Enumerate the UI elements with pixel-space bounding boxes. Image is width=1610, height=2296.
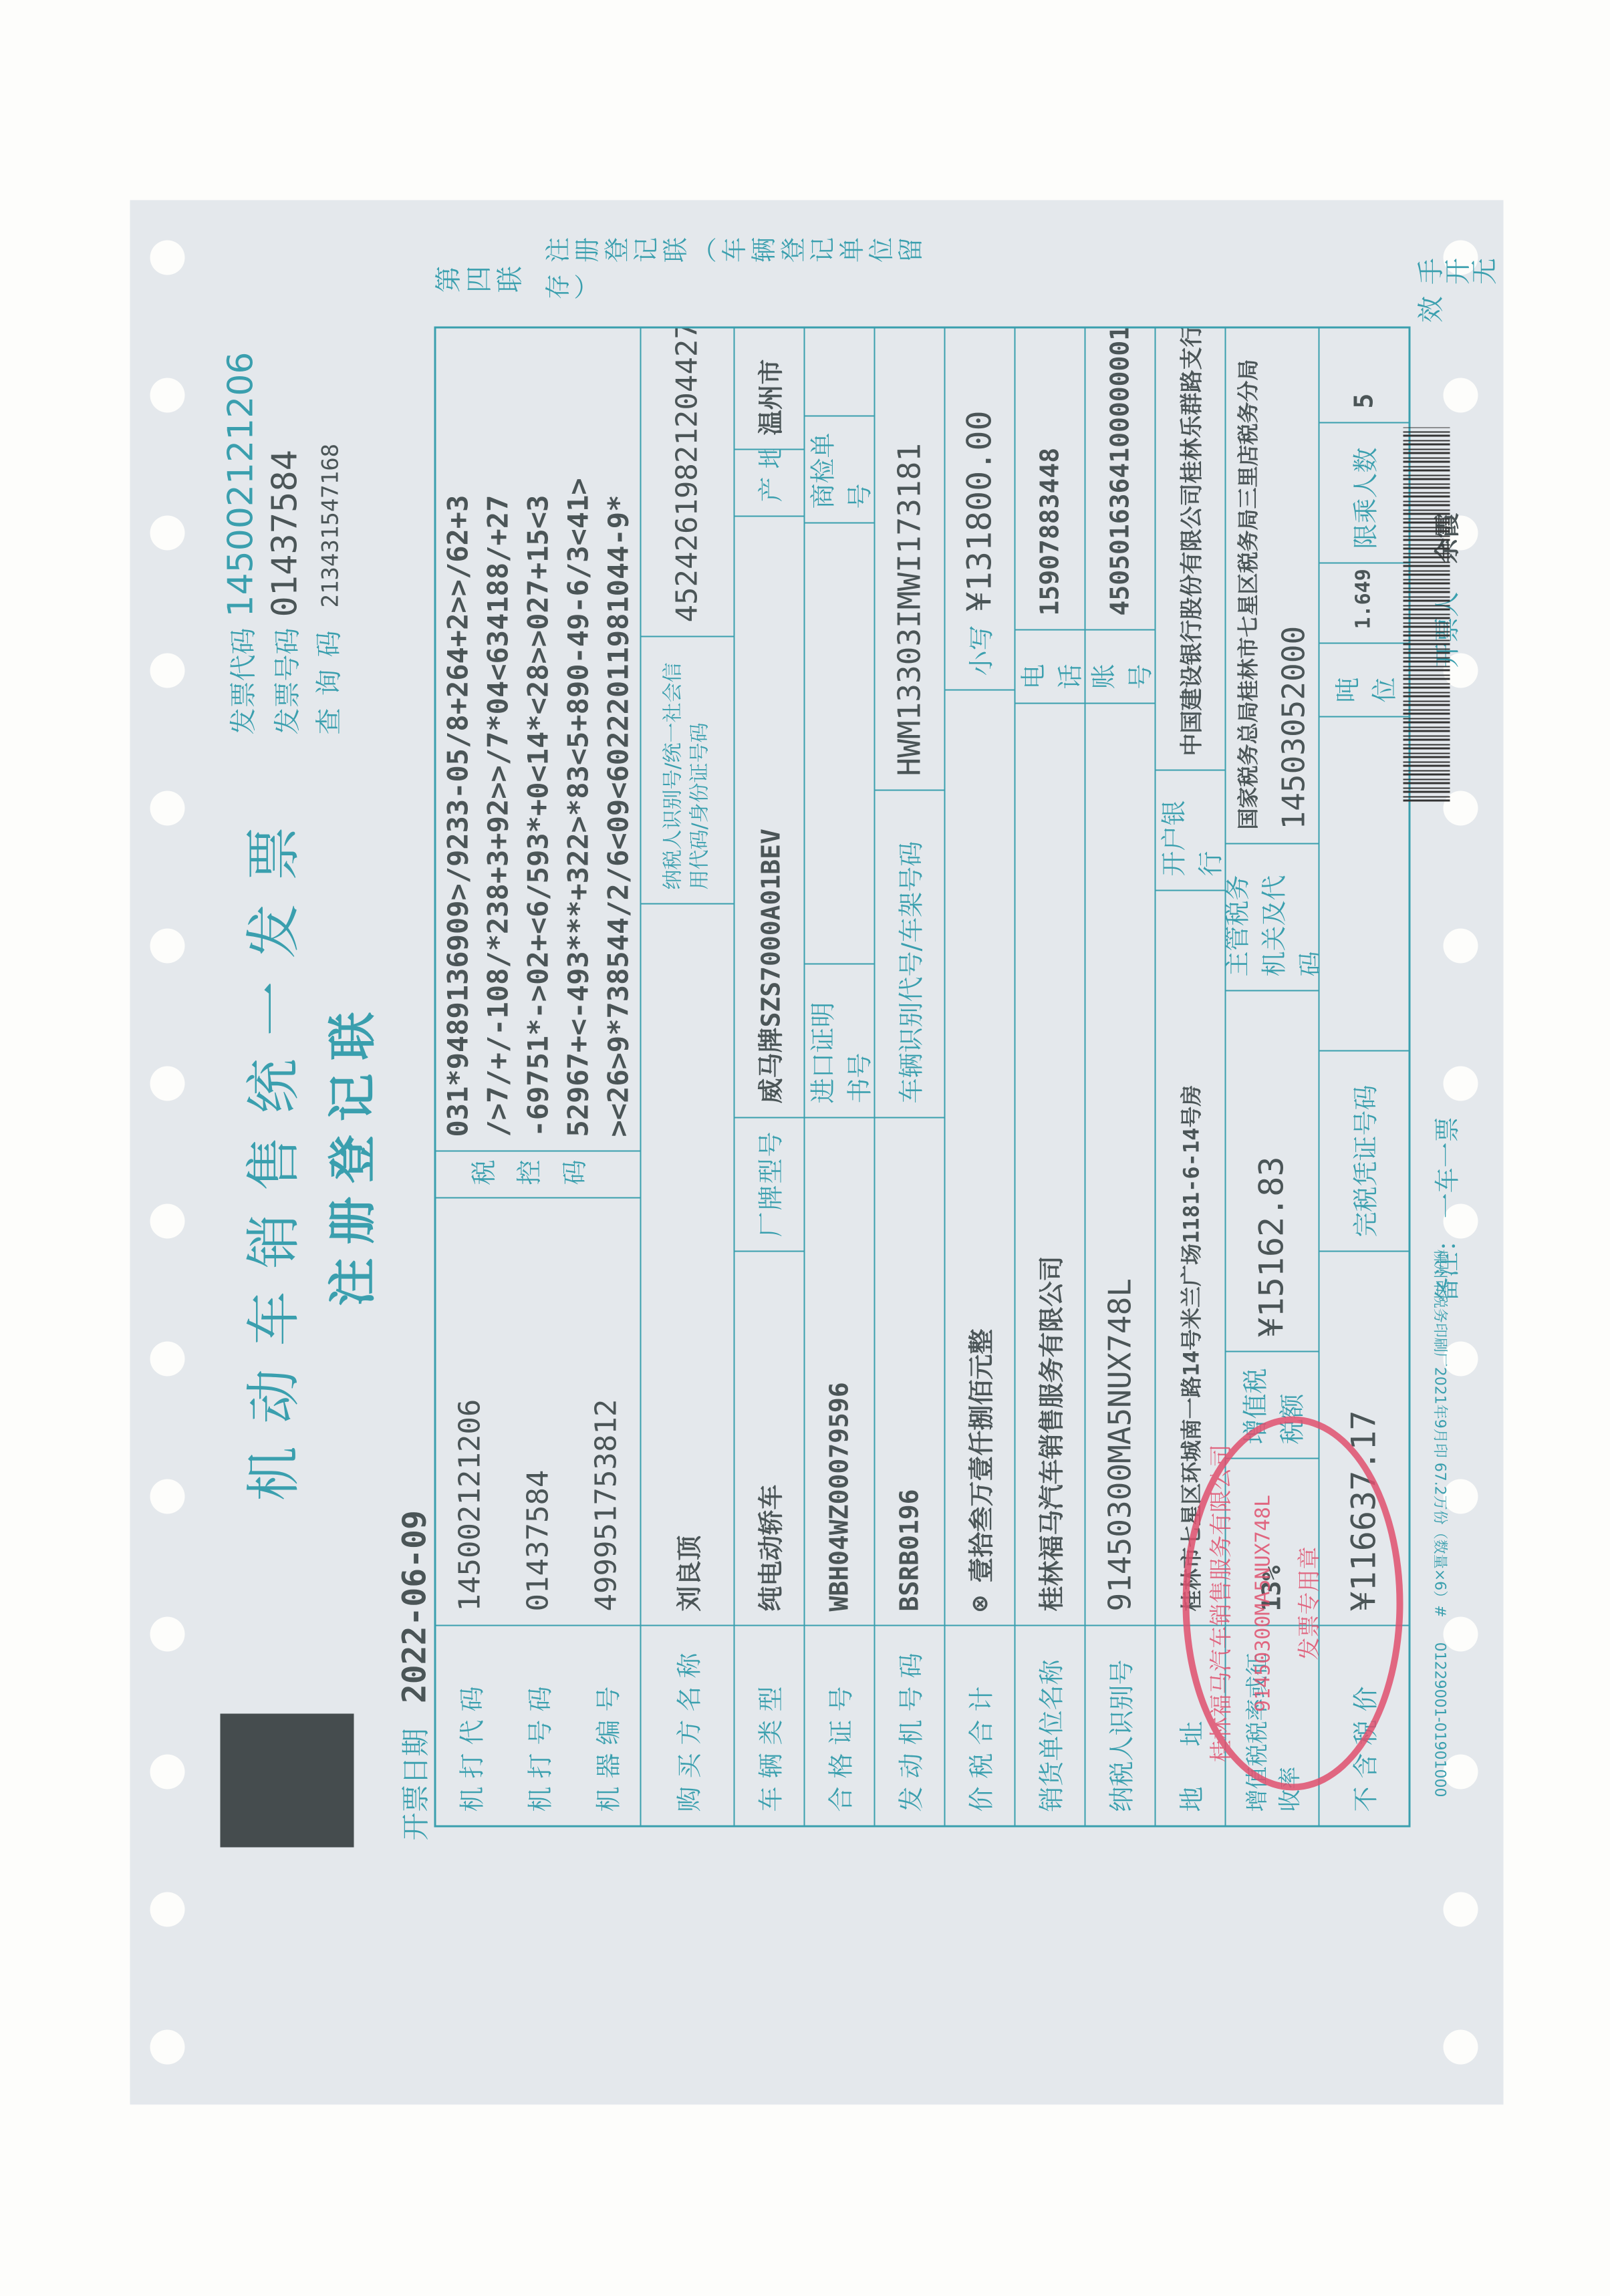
brand-model-cell: 威马牌SZS7000A01BEV (734, 516, 804, 1117)
price-upper-cell: ⊗壹拾叁万壹仟捌佰元整 (944, 690, 1015, 1625)
printer-text: 柳州市税务印刷厂2021年9月印 67.2万份（数量×6）# (1432, 1250, 1448, 1618)
vehicle-type-cell: 纯电动轿车 (734, 1251, 804, 1625)
tax-voucher-label: 完税凭证号码 (1345, 1085, 1382, 1237)
issue-date: 2022-06-09 (396, 1510, 434, 1703)
vehicle-type-row: 车辆类型 纯电动轿车 厂牌型号 威马牌SZS7000A01BEV 产地 温州市 (734, 329, 805, 1826)
tonnage-label-cell: 吨位 (1319, 643, 1409, 716)
hole (150, 1755, 185, 1789)
seller-name: 桂林福马汽车销售服务有限公司 (1031, 1256, 1068, 1611)
authority-label: 主管税务机关及代码 (1225, 858, 1319, 977)
engine-label-cell: 发动机号码 (874, 1625, 944, 1826)
engine-label: 发动机号码 (891, 1644, 928, 1812)
remark-text: 一车一票 (1433, 1117, 1462, 1218)
passengers-cell: 5 (1319, 329, 1409, 422)
passengers-label-cell: 限乘人数 (1319, 422, 1409, 563)
tractor-holes-top (150, 241, 190, 2065)
inspection-cell (804, 329, 874, 416)
seller-account-cell: 450501636410000000103 (1085, 329, 1155, 629)
stamp-label: 发票专用章 (1291, 1423, 1324, 1784)
seller-taxid-label-cell: 纳税人识别号 (1085, 1625, 1155, 1826)
invoice-code: 145002121206 (221, 351, 261, 617)
price-small-cell: 小写¥131800.00 (944, 329, 1015, 690)
seller-taxid: 91450300MA5NUX748L (1101, 1278, 1137, 1612)
origin-label: 产地 (751, 449, 787, 503)
machine-row: 机打代码 机打号码 机器编号 145002121206 01437584 499… (436, 329, 642, 1826)
hole (150, 1892, 185, 1927)
seller-account-label: 账号 (1085, 644, 1155, 690)
tax-control-line: -69751*->02+<6/593*+0<14*<28>>027+15<3 (518, 495, 558, 1137)
seller-invoice-stamp: 桂林福马汽车销售服务有限公司 91450300MA5NUX748L 发票专用章 (1183, 1417, 1403, 1791)
hole (1444, 1066, 1478, 1101)
machine-code-label: 机打代码 (452, 1678, 489, 1812)
buyer-id-label-cell: 纳税人识别号/统一社会信用代码/身份证号码 (640, 636, 734, 903)
hole (150, 1204, 185, 1239)
price-total-label: 价税合计 (961, 1678, 998, 1812)
machine-number-label: 机打号码 (519, 1678, 556, 1812)
copy-label: 第四联 (434, 263, 527, 301)
tax-control-code: 031*9489136909>/9233-05/8+264+2>>/62+3 /… (436, 329, 640, 1151)
brand-model-label-cell: 厂牌型号 (734, 1117, 804, 1251)
certificate-cell: WBH04WZ00079596 (804, 1117, 874, 1625)
machine-number: 01437584 (521, 1470, 555, 1612)
buyer-id: 452426198212044273 (670, 329, 704, 623)
price-label-cell: 价税合计 (944, 1625, 1015, 1826)
authority-cell: 国家税务总局桂林市七星区税务局三里店税务分局 14503052000 (1225, 329, 1319, 843)
price-row: 价税合计 ⊗壹拾叁万壹仟捌佰元整 小写¥131800.00 (944, 329, 1016, 1826)
machine-id: 499951753812 (589, 1399, 623, 1612)
hole (1444, 1892, 1478, 1927)
seller-account: 450501636410000000103 (1105, 329, 1134, 616)
tonnage: 1.649 (1352, 569, 1375, 629)
issue-date-block: 开票日期 2022-06-09 (394, 1510, 434, 1840)
hole (1444, 378, 1478, 413)
engine-number: BSRB0196 (894, 1489, 924, 1611)
hole (150, 241, 185, 275)
engine-row: 发动机号码 BSRB0196 车辆识别代号/车架号码 HWM13303IMWI1… (874, 329, 946, 1826)
vin-label-cell: 车辆识别代号/车架号码 (874, 790, 944, 1117)
import-cert-cell (804, 523, 874, 964)
seller-name-label-cell: 销货单位名称 (1015, 1625, 1085, 1826)
seller-phone-label: 电话 (1015, 644, 1085, 690)
origin: 温州市 (751, 359, 787, 435)
hole (150, 1617, 185, 1652)
hole (1444, 2030, 1478, 2065)
vehicle-type: 纯电动轿车 (751, 1484, 787, 1611)
hole (150, 378, 185, 413)
tonnage-label: 吨位 (1327, 658, 1400, 703)
circle-x-icon: ⊗ (964, 1596, 994, 1612)
seller-phone: 15907883448 (1035, 448, 1064, 616)
import-cert-label: 进口证明书号 (804, 978, 874, 1104)
import-cert-label-cell: 进口证明书号 (804, 964, 874, 1117)
tax-authority-code: 14503052000 (1276, 626, 1312, 830)
tax-control-line: />7/+/-108/*238+3+92>>/7*04<634188/+27 (478, 495, 518, 1137)
buyer-name-label: 购买方名称 (668, 1644, 705, 1812)
seller-taxid-label: 纳税人识别号 (1101, 1659, 1138, 1812)
brand-model: 威马牌SZS7000A01BEV (751, 829, 787, 1103)
tax-control-line: 52967+<-493***+322>*83<5+890-49-6/3<41> (558, 478, 598, 1137)
origin-label-cell: 产地 (734, 449, 804, 516)
machine-code: 145002121206 (453, 1399, 487, 1612)
buyer-name: 刘良顶 (668, 1535, 705, 1611)
seller-phone-cell: 15907883448 (1015, 329, 1085, 629)
invoice-header-codes: 发票代码145002121206 发票号码01437584 查询码2134315… (221, 351, 352, 734)
authority-label-cell: 主管税务机关及代码 (1225, 843, 1319, 990)
invoice-number: 01437584 (265, 450, 305, 617)
hole (150, 2030, 185, 2065)
certificate-label-cell: 合格证号 (804, 1625, 874, 1826)
tonnage-cell: 1.649 (1319, 563, 1409, 643)
query-code-label: 查询码 (314, 619, 345, 735)
tax-control-label: 税控码 (436, 1151, 640, 1197)
hole (150, 654, 185, 688)
certificate-number: WBH04WZ00079596 (824, 1382, 853, 1611)
invoice-paper: 机动车销售统一发票 注册登记联 发票代码145002121206 发票号码014… (130, 200, 1504, 2105)
seller-name-cell: 桂林福马汽车销售服务有限公司 (1015, 703, 1085, 1625)
tax-control-line: 031*9489136909>/9233-05/8+264+2>>/62+3 (438, 495, 478, 1137)
hole (150, 1479, 185, 1514)
seller-taxid-row: 纳税人识别号 91450300MA5NUX748L 账号 45050163641… (1085, 329, 1156, 1826)
seller-account-label-cell: 账号 (1085, 629, 1155, 703)
price-total-small: ¥131800.00 (960, 410, 998, 611)
vehicle-type-label: 车辆类型 (751, 1678, 787, 1812)
buyer-id-cell: 452426198212044273 (640, 329, 734, 636)
hole (150, 791, 185, 826)
buyer-row: 购买方名称 刘良顶 纳税人识别号/统一社会信用代码/身份证号码 45242619… (640, 329, 735, 1826)
hole (150, 516, 185, 551)
vin-cell: HWM13303IMWI173181 (874, 329, 944, 790)
seller-name-row: 销货单位名称 桂林福马汽车销售服务有限公司 电话 15907883448 (1015, 329, 1086, 1826)
tax-voucher-label-cell: 完税凭证号码 (1319, 1050, 1409, 1251)
handwritten-invalid-note: 手开无效 (1417, 255, 1504, 331)
brand-model-label: 厂牌型号 (751, 1130, 787, 1237)
machine-labels: 机打代码 机打号码 机器编号 (436, 1625, 640, 1826)
engine-cell: BSRB0196 (874, 1117, 944, 1625)
seller-bank-cell: 中国建设银行股份有限公司桂林乐群路支行 (1155, 329, 1225, 770)
passengers: 5 (1349, 394, 1378, 409)
tax-authority: 国家税务总局桂林市七星区税务局三里店税务分局 (1232, 359, 1262, 829)
machine-values: 145002121206 01437584 499951753812 (436, 1197, 640, 1625)
issue-date-label: 开票日期 (400, 1728, 432, 1840)
machine-id-label: 机器编号 (587, 1678, 624, 1812)
buyer-id-label: 纳税人识别号/统一社会信用代码/身份证号码 (660, 651, 714, 890)
hole (150, 1066, 185, 1101)
stamp-company: 桂林福马汽车销售服务有限公司 (1203, 1423, 1236, 1784)
stamp-tax-id: 91450300MA5NUX748L (1252, 1423, 1275, 1784)
barcode (1403, 428, 1450, 802)
price-total-upper: 壹拾叁万壹仟捌佰元整 (961, 1329, 998, 1583)
seller-taxid-cell: 91450300MA5NUX748L (1085, 703, 1155, 1625)
tax-control-line: ><26>9*738544/2/6<09<60222011981044-9* (598, 495, 638, 1137)
hole (150, 929, 185, 964)
buyer-name-label-cell: 购买方名称 (640, 1625, 734, 1826)
seller-bank: 中国建设银行股份有限公司桂林乐群路支行 (1174, 329, 1206, 756)
inspection-label: 商检单号 (804, 430, 874, 509)
invoice-code-label: 发票代码 (229, 628, 259, 735)
certificate-label: 合格证号 (821, 1678, 857, 1812)
certificate-row: 合格证号 WBH04WZ00079596 进口证明书号 商检单号 (804, 329, 876, 1826)
tax-control-label-text: 税控码 (470, 1156, 606, 1193)
passengers-label: 限乘人数 (1345, 447, 1382, 549)
vehicle-type-label-cell: 车辆类型 (734, 1625, 804, 1826)
invoice-number-label: 发票号码 (273, 628, 303, 735)
price-small-label: 小写 (961, 625, 998, 676)
copy-purpose: 注册登记联（车辆登记单位留存） (545, 234, 946, 301)
vat-amount-cell: ¥15162.83 (1225, 990, 1319, 1351)
hole (150, 1342, 185, 1377)
origin-cell: 温州市 (734, 329, 804, 449)
tax-voucher-cell (1319, 716, 1409, 1050)
seller-name-label: 销货单位名称 (1031, 1659, 1068, 1812)
seller-bank-label: 开户银行 (1155, 784, 1225, 877)
vat-amount: ¥15162.83 (1252, 1157, 1291, 1338)
vin-label: 车辆识别代号/车架号码 (891, 841, 928, 1104)
seller-phone-label-cell: 电话 (1015, 629, 1085, 703)
inspection-label-cell: 商检单号 (804, 416, 874, 523)
hole (1444, 929, 1478, 964)
printer-info: 柳州市税务印刷厂2021年9月印 67.2万份（数量×6）# 01229001-… (1431, 1250, 1452, 1798)
seller-bank-label-cell: 开户银行 (1155, 770, 1225, 890)
query-code: 2134315471​68 (317, 444, 344, 608)
vin: HWM13303IMWI173181 (891, 443, 927, 776)
printer-serial: 01229001-01901000 (1432, 1642, 1448, 1798)
buyer-name-cell: 刘良顶 (640, 903, 734, 1625)
